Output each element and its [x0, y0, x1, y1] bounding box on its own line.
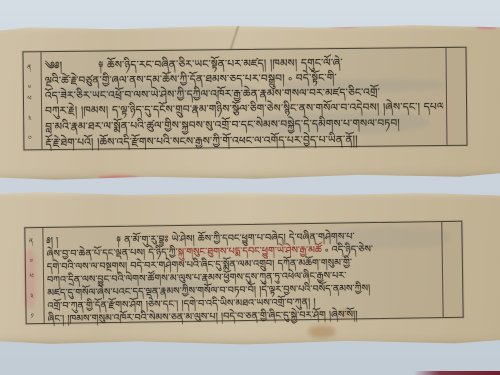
margin-label-lower: ཕ༣༠: [27, 90, 35, 150]
margin-label-lower: ཕ༣༡: [29, 268, 37, 328]
red-edge-dye-mark: [330, 23, 360, 28]
red-edge-dye-mark: [98, 175, 138, 180]
text-line-6: རྡོ་རྗེ་ཐེག་པའོ། །ཆོས་འདི་རྫོགས་པའི་སངས་…: [45, 128, 443, 161]
right-margin-divider: [445, 48, 447, 145]
paper-crease: [230, 24, 240, 49]
red-edge-dye-mark: [476, 24, 498, 29]
manuscript-photo: ན༦ ཕ༣༠ ༄༅།༈ ཆོས་ཉིད་རང་བཞིན་ཅིར་ཡང་སྟོན་…: [0, 0, 500, 375]
left-margin-divider: [42, 228, 44, 323]
top-folio-paper: ན༦ ཕ༣༠ ༄༅།༈ ཆོས་ཉིད་རང་བཞིན་ཅིར་ཡང་སྟོན་…: [0, 23, 500, 181]
top-folio-text-frame: ན༦ ཕ༣༠ ༄༅།༈ ཆོས་ཉིད་རང་བཞིན་ཅིར་ཡང་སྟོན་…: [22, 47, 467, 151]
left-margin-divider: [40, 52, 42, 149]
bottom-folio-text-frame: ན༦ ཕ༣༡ ༅། །༈ ན་མོ་གུ་རུ་བྷྱཿ ཡེ་ཤེས། ཆོས…: [24, 221, 463, 324]
text-line-7: ཞིང་། །ཁམས་གསུམ་འཁོར་བའི་སེམས་ཅན་མ་ལུས་པ…: [47, 302, 439, 335]
bottom-folio-paper: ན༦ ཕ༣༡ ༅། །༈ ན་མོ་གུ་རུ་བྷྱཿ ཡེ་ཤེས། ཆོས…: [0, 190, 500, 346]
red-surface-edge-bottom-right: [414, 371, 500, 375]
